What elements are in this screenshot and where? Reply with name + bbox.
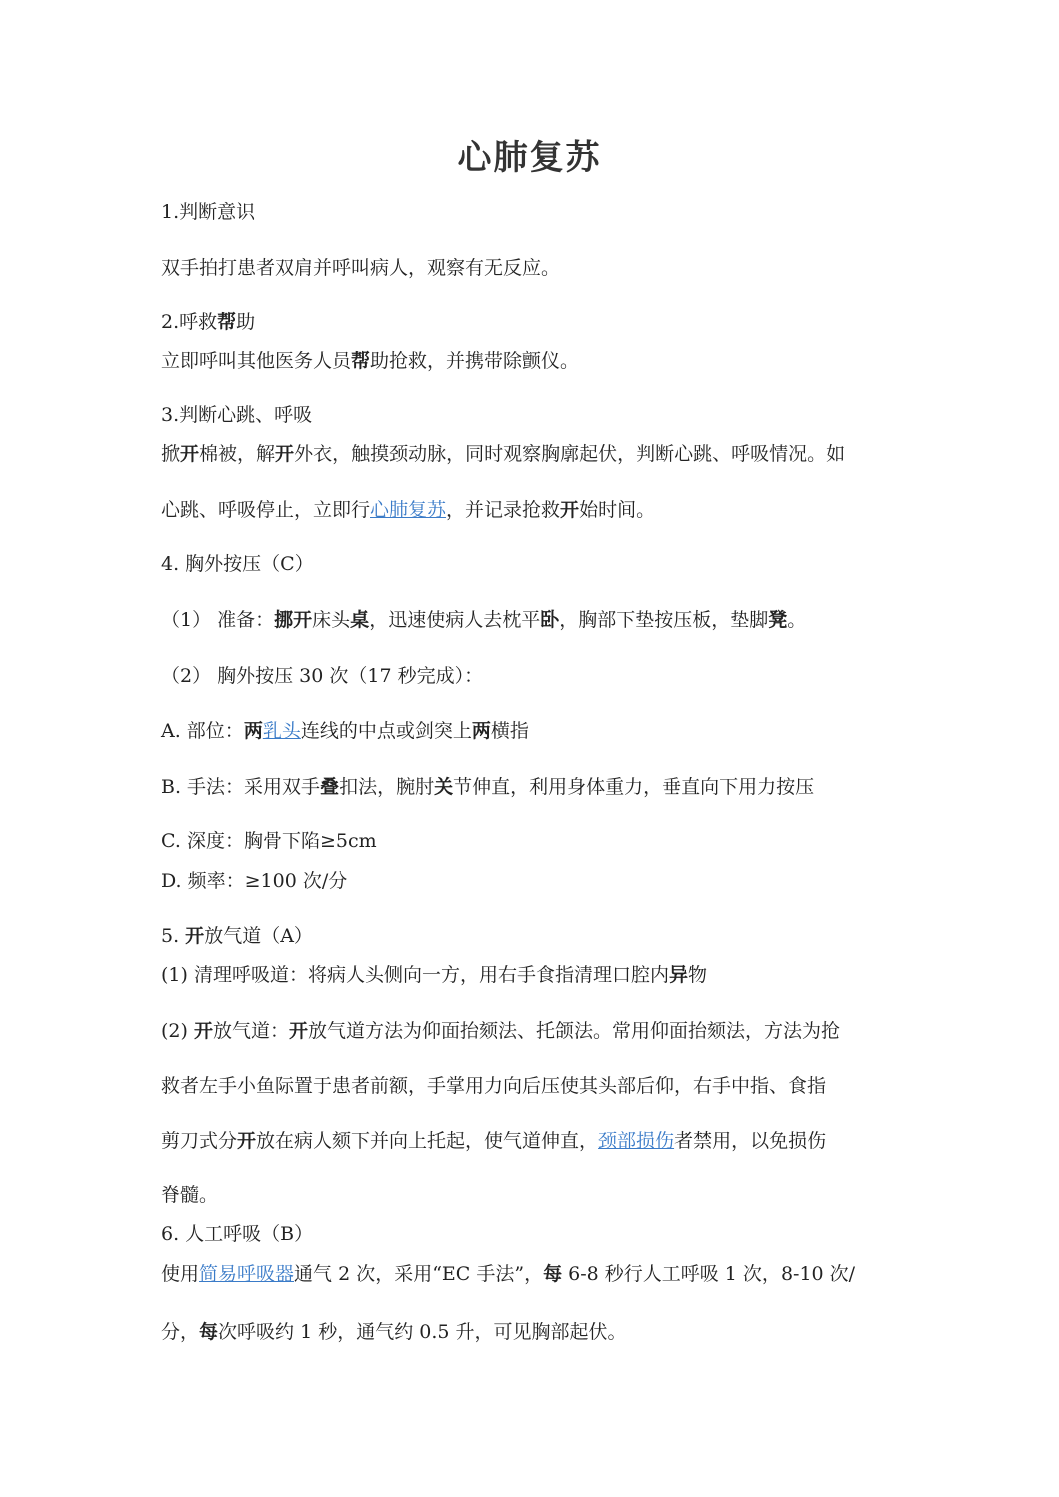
bold-text: 挪开 — [274, 609, 312, 631]
text-span: 掀 — [161, 443, 180, 465]
text-line-s5-2-d: 脊髓。 — [161, 1183, 218, 1207]
text-line-s3-body-1: 掀开棉被，解开外衣，触摸颈动脉，同时观察胸廓起伏，判断心跳、呼吸情况。如 — [161, 442, 845, 466]
text-span: B. 手法：采用双手 — [161, 776, 320, 798]
text-span: 救者左手小鱼际置于患者前额，手掌用力向后压使其头部后仰，右手中指、食指 — [161, 1075, 826, 1097]
text-span: 4. 胸外按压（C） — [161, 553, 314, 575]
text-line-s3-heading: 3.判断心跳、呼吸 — [161, 403, 312, 427]
text-span: 3.判断心跳、呼吸 — [161, 404, 312, 426]
text-line-s4-2: （2） 胸外按压 30 次（17 秒完成）： — [161, 664, 483, 688]
text-span: (2) — [161, 1020, 194, 1042]
text-line-s5-2-b: 救者左手小鱼际置于患者前额，手掌用力向后压使其头部后仰，右手中指、食指 — [161, 1074, 826, 1098]
text-line-s1-heading: 1.判断意识 — [161, 200, 255, 224]
text-span: 6-8 秒行人工呼吸 1 次，8-10 次/ — [562, 1263, 855, 1285]
text-line-s4-1: （1） 准备：挪开床头桌，迅速使病人去枕平卧，胸部下垫按压板，垫脚凳。 — [161, 608, 806, 632]
text-line-s4-C: C. 深度：胸骨下陷≥5cm — [161, 829, 377, 853]
bold-text: 开 — [275, 443, 294, 465]
bold-text: 卧 — [540, 609, 559, 631]
bold-text: 异 — [669, 964, 688, 986]
text-span: （1） 准备： — [161, 609, 274, 631]
text-span: 外衣，触摸颈动脉，同时观察胸廓起伏，判断心跳、呼吸情况。如 — [294, 443, 845, 465]
bold-text: 开 — [194, 1020, 213, 1042]
text-span: 次呼吸约 1 秒，通气约 0.5 升，可见胸部起伏。 — [218, 1321, 626, 1343]
text-span: 双手拍打患者双肩并呼叫病人，观察有无反应。 — [161, 257, 560, 279]
text-span: 助 — [236, 311, 255, 333]
text-span: （2） 胸外按压 30 次（17 秒完成）： — [161, 665, 483, 687]
text-line-s2-heading: 2.呼救帮助 — [161, 310, 255, 334]
text-span: 放在病人颏下并向上托起，使气道伸直， — [256, 1130, 598, 1152]
text-span: 。 — [787, 609, 806, 631]
hyperlink[interactable]: 乳头 — [263, 720, 301, 742]
text-span: 6. 人工呼吸（B） — [161, 1223, 313, 1245]
text-line-s6-body-2: 分，每次呼吸约 1 秒，通气约 0.5 升，可见胸部起伏。 — [161, 1320, 627, 1344]
text-span: 始时间。 — [579, 499, 655, 521]
text-span: 放气道（A） — [204, 925, 313, 947]
text-span: 心跳、呼吸停止，立即行 — [161, 499, 370, 521]
text-span: 棉被，解 — [199, 443, 275, 465]
text-line-s1-body: 双手拍打患者双肩并呼叫病人，观察有无反应。 — [161, 256, 560, 280]
bold-text: 两 — [472, 720, 491, 742]
bold-text: 每 — [543, 1263, 562, 1285]
text-line-s3-body-2: 心跳、呼吸停止，立即行心肺复苏，并记录抢救开始时间。 — [161, 498, 655, 522]
text-span: 床头 — [312, 609, 350, 631]
document-title: 心肺复苏 — [0, 130, 1059, 179]
bold-text: 叠 — [320, 776, 339, 798]
text-span: 物 — [688, 964, 707, 986]
text-span: 剪刀式分 — [161, 1130, 237, 1152]
text-line-s4-D: D. 频率：≥100 次/分 — [161, 869, 347, 893]
text-span: 通气 2 次，采用“EC 手法”， — [294, 1263, 543, 1285]
bold-text: 开 — [289, 1020, 308, 1042]
text-span: 使用 — [161, 1263, 199, 1285]
hyperlink[interactable]: 颈部损伤 — [598, 1130, 674, 1152]
text-span: D. 频率：≥100 次/分 — [161, 870, 347, 892]
text-span: 横指 — [491, 720, 529, 742]
text-line-s6-body-1: 使用简易呼吸器通气 2 次，采用“EC 手法”，每 6-8 秒行人工呼吸 1 次… — [161, 1262, 855, 1286]
text-span: C. 深度：胸骨下陷≥5cm — [161, 830, 377, 852]
text-span: 扣法，腕肘 — [339, 776, 434, 798]
bold-text: 桌 — [350, 609, 369, 631]
bold-text: 关 — [434, 776, 453, 798]
text-line-s4-A: A. 部位：两乳头连线的中点或剑突上两横指 — [161, 719, 529, 743]
text-span: 者禁用，以免损伤 — [674, 1130, 826, 1152]
bold-text: 开 — [185, 925, 204, 947]
text-span: 节伸直，利用身体重力，垂直向下用力按压 — [453, 776, 814, 798]
text-span: ，胸部下垫按压板，垫脚 — [559, 609, 768, 631]
text-line-s5-heading: 5. 开放气道（A） — [161, 924, 313, 948]
text-span: 5. — [161, 925, 185, 947]
text-line-s5-2-a: (2) 开放气道：开放气道方法为仰面抬颏法、托颌法。常用仰面抬颏法，方法为抢 — [161, 1019, 840, 1043]
text-line-s2-body: 立即呼叫其他医务人员帮助抢救，并携带除颤仪。 — [161, 349, 579, 373]
text-span: ，迅速使病人去枕平 — [369, 609, 540, 631]
document-page: 心肺复苏 1.判断意识双手拍打患者双肩并呼叫病人，观察有无反应。2.呼救帮助立即… — [0, 0, 1059, 1497]
text-span: 立即呼叫其他医务人员 — [161, 350, 351, 372]
text-span: 助抢救，并携带除颤仪。 — [370, 350, 579, 372]
text-line-s4-heading: 4. 胸外按压（C） — [161, 552, 314, 576]
hyperlink[interactable]: 简易呼吸器 — [199, 1263, 294, 1285]
bold-text: 开 — [180, 443, 199, 465]
bold-text: 每 — [199, 1321, 218, 1343]
text-span: ，并记录抢救 — [446, 499, 560, 521]
text-line-s5-2-c: 剪刀式分开放在病人颏下并向上托起，使气道伸直，颈部损伤者禁用，以免损伤 — [161, 1129, 826, 1153]
bold-text: 两 — [244, 720, 263, 742]
text-line-s6-heading: 6. 人工呼吸（B） — [161, 1222, 313, 1246]
bold-text: 帮 — [351, 350, 370, 372]
text-line-s5-1: (1) 清理呼吸道：将病人头侧向一方，用右手食指清理口腔内异物 — [161, 963, 707, 987]
text-span: 分， — [161, 1321, 199, 1343]
text-line-s4-B: B. 手法：采用双手叠扣法，腕肘关节伸直，利用身体重力，垂直向下用力按压 — [161, 775, 814, 799]
bold-text: 凳 — [768, 609, 787, 631]
text-span: A. 部位： — [161, 720, 244, 742]
text-span: 放气道方法为仰面抬颏法、托颌法。常用仰面抬颏法，方法为抢 — [308, 1020, 840, 1042]
text-span: 2.呼救 — [161, 311, 217, 333]
bold-text: 帮 — [217, 311, 236, 333]
text-span: 放气道： — [213, 1020, 289, 1042]
text-span: 1.判断意识 — [161, 201, 255, 223]
text-span: 脊髓。 — [161, 1184, 218, 1206]
text-span: (1) 清理呼吸道：将病人头侧向一方，用右手食指清理口腔内 — [161, 964, 669, 986]
hyperlink[interactable]: 心肺复苏 — [370, 499, 446, 521]
bold-text: 开 — [560, 499, 579, 521]
text-span: 连线的中点或剑突上 — [301, 720, 472, 742]
bold-text: 开 — [237, 1130, 256, 1152]
